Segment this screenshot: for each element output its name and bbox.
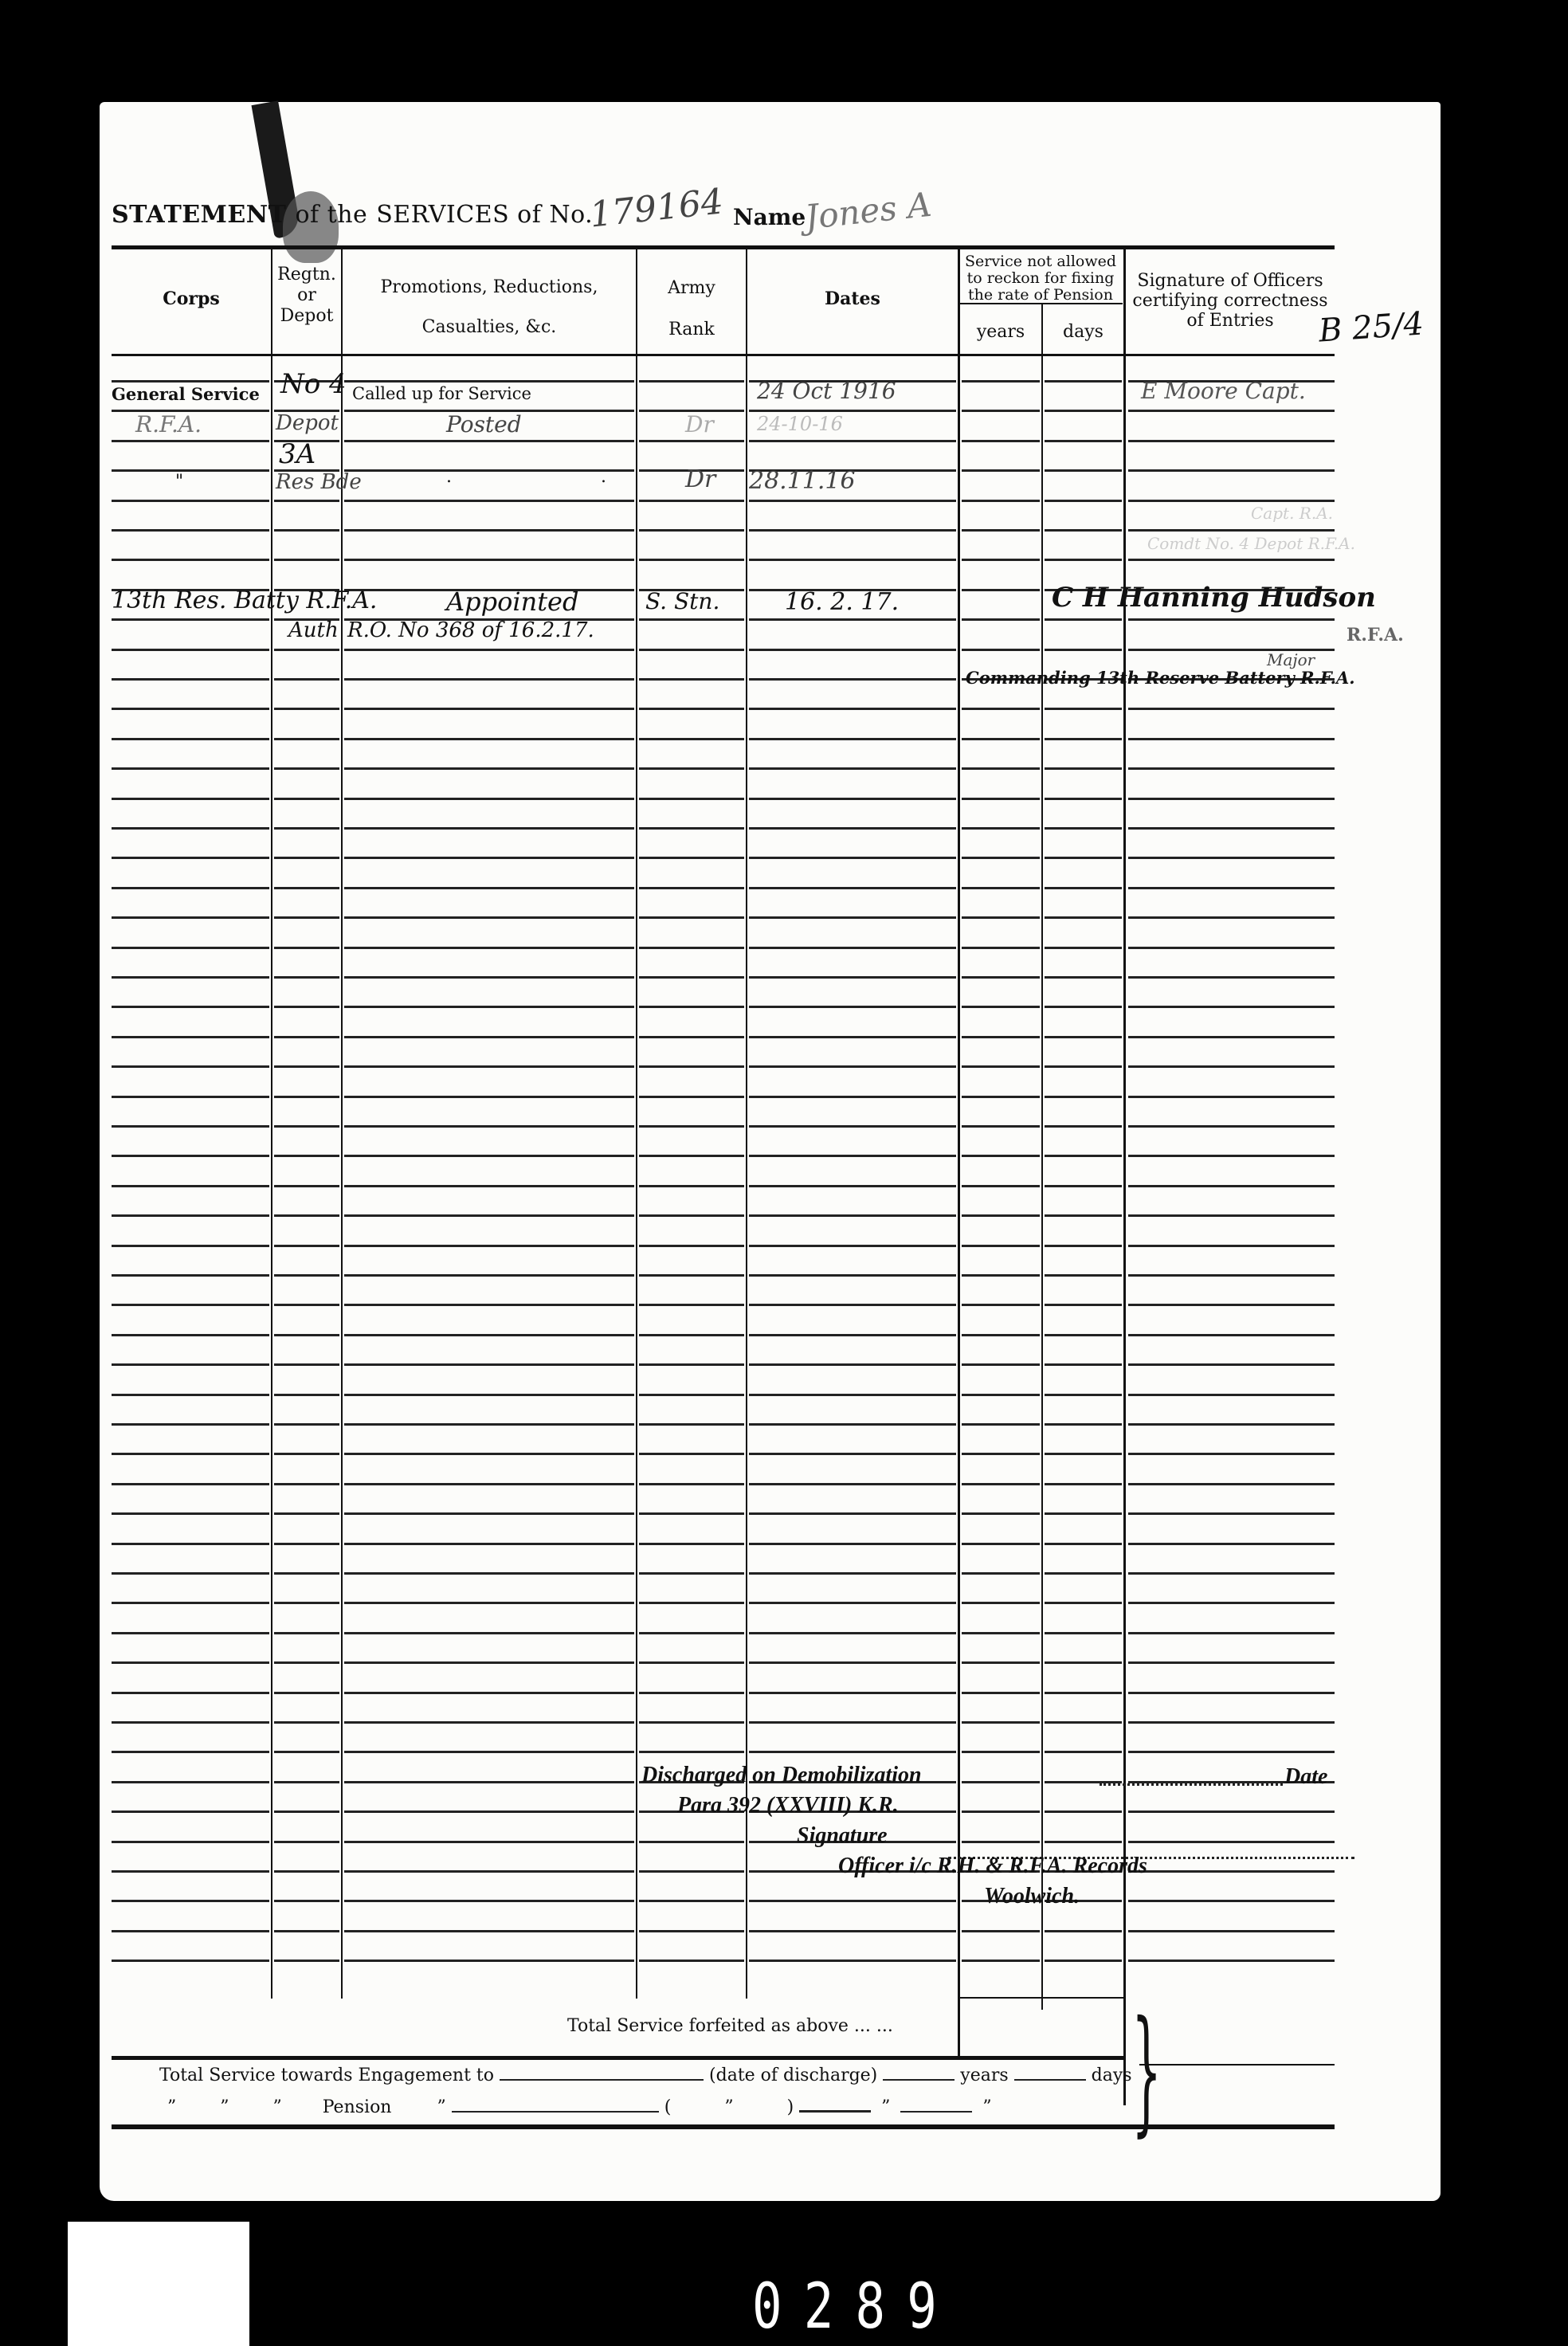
row-rule bbox=[962, 410, 1040, 412]
row-rule bbox=[749, 1572, 956, 1575]
row-rule bbox=[749, 1453, 956, 1455]
pension-row: ” ” ” Pension ” ( ” ) ” ” bbox=[167, 2097, 992, 2117]
header-service-not-allowed: Service not allowed to reckon for fixing… bbox=[960, 253, 1121, 304]
row-rule bbox=[1045, 947, 1122, 949]
row-rule bbox=[749, 1602, 956, 1604]
row-rule bbox=[112, 1394, 269, 1396]
row-rule bbox=[274, 708, 339, 710]
row-rule bbox=[1045, 500, 1122, 502]
row-rule bbox=[274, 767, 339, 770]
row-rule bbox=[962, 440, 1040, 442]
engagement-row: Total Service towards Engagement to (dat… bbox=[159, 2065, 1132, 2085]
row-rule bbox=[1045, 618, 1122, 621]
row-rule bbox=[639, 559, 744, 561]
engagement-days-field bbox=[1014, 2079, 1086, 2081]
row-rule bbox=[1128, 976, 1335, 979]
row-rule bbox=[639, 1096, 744, 1098]
row-rule bbox=[962, 618, 1040, 621]
row-rule bbox=[344, 1214, 634, 1217]
row-rule bbox=[112, 1423, 269, 1426]
row-rule bbox=[274, 1483, 339, 1485]
col-divider-years bbox=[1041, 304, 1043, 2010]
row-rule bbox=[639, 649, 744, 651]
row-rule bbox=[749, 1214, 956, 1217]
row-rule bbox=[1128, 857, 1335, 859]
row-rule bbox=[962, 798, 1040, 800]
row-rule bbox=[1045, 1423, 1122, 1426]
row-rule bbox=[962, 1692, 1040, 1694]
row-rule bbox=[1128, 1810, 1335, 1813]
row-rule bbox=[274, 559, 339, 561]
row-rule bbox=[749, 1125, 956, 1128]
row-rule bbox=[274, 1870, 339, 1873]
row-rule bbox=[1128, 1930, 1335, 1932]
row-rule bbox=[344, 1483, 634, 1485]
row-rule bbox=[344, 500, 634, 502]
row-rule bbox=[112, 1304, 269, 1306]
row-rule bbox=[749, 1185, 956, 1187]
row-rule bbox=[962, 1632, 1040, 1634]
row-rule bbox=[749, 798, 956, 800]
row-rule bbox=[1045, 1096, 1122, 1098]
row-rule bbox=[344, 1841, 634, 1843]
row-rule bbox=[112, 1602, 269, 1604]
row-rule bbox=[112, 1781, 269, 1783]
row-6-signature: Comdt No. 4 Depot R.F.A. bbox=[1147, 534, 1355, 553]
row-rule bbox=[112, 1900, 269, 1902]
col-divider-promotions bbox=[636, 249, 637, 1999]
row-rule bbox=[1045, 1453, 1122, 1455]
row-rule bbox=[274, 1214, 339, 1217]
row-rule bbox=[344, 1096, 634, 1098]
row-rule bbox=[1128, 1363, 1335, 1366]
row-rule bbox=[639, 1602, 744, 1604]
row-rule bbox=[962, 1841, 1040, 1843]
row-rule bbox=[344, 1810, 634, 1813]
row-rule bbox=[274, 798, 339, 800]
row-rule bbox=[112, 857, 269, 859]
commanding-stamp: Commanding 13th Reserve Battery R.F.A. bbox=[966, 668, 1355, 688]
row-rule bbox=[112, 1841, 269, 1843]
row-rule bbox=[1045, 1692, 1122, 1694]
row-rule bbox=[274, 1841, 339, 1843]
row-rule bbox=[639, 1543, 744, 1545]
discharge-stamp-line5: Woolwich. bbox=[984, 1884, 1080, 1909]
row-rule bbox=[344, 1870, 634, 1873]
row-1-date: 24 Oct 1916 bbox=[757, 378, 896, 404]
row-rule bbox=[962, 1512, 1040, 1515]
row-rule bbox=[1045, 708, 1122, 710]
row-rule bbox=[749, 947, 956, 949]
row-rule bbox=[962, 1751, 1040, 1753]
row-rule bbox=[1045, 1155, 1122, 1157]
row-rule bbox=[639, 1960, 744, 1962]
row-rule bbox=[1045, 1543, 1122, 1545]
row-rule bbox=[112, 1334, 269, 1336]
row-rule bbox=[344, 798, 634, 800]
row-rule bbox=[962, 887, 1040, 889]
row-7-date: 16. 2. 17. bbox=[785, 588, 899, 616]
row-rule bbox=[274, 1394, 339, 1396]
row-rule bbox=[274, 529, 339, 532]
row-rule bbox=[274, 1036, 339, 1038]
row-4-corps: " bbox=[175, 472, 183, 492]
row-rule bbox=[962, 1065, 1040, 1068]
row-rule bbox=[1045, 1304, 1122, 1306]
row-rule bbox=[344, 1006, 634, 1008]
row-rule bbox=[962, 1930, 1040, 1932]
row-rule bbox=[1128, 1900, 1335, 1902]
row-rule bbox=[344, 1751, 634, 1753]
row-rule bbox=[639, 738, 744, 740]
row-rule bbox=[749, 1423, 956, 1426]
footer-mid-rule bbox=[112, 2056, 1123, 2060]
row-rule bbox=[749, 887, 956, 889]
row-rule bbox=[1128, 1602, 1335, 1604]
row-rule bbox=[962, 1960, 1040, 1962]
row-rule bbox=[749, 1245, 956, 1247]
row-rule bbox=[1128, 1960, 1335, 1962]
row-rule bbox=[344, 767, 634, 770]
name-label: Name bbox=[733, 204, 806, 230]
row-rule bbox=[1045, 1810, 1122, 1813]
row-rule bbox=[274, 887, 339, 889]
col-divider-regt bbox=[341, 249, 343, 1999]
col-divider-corps bbox=[271, 249, 272, 1999]
row-rule bbox=[112, 1572, 269, 1575]
row-rule bbox=[749, 1155, 956, 1157]
row-7-corps: 13th Res. Batty R.F.A. bbox=[112, 586, 377, 614]
pension-years-field bbox=[799, 2110, 871, 2113]
row-rule bbox=[962, 1155, 1040, 1157]
row-rule bbox=[639, 976, 744, 979]
header-corps: Corps bbox=[112, 288, 271, 309]
row-rule bbox=[962, 1036, 1040, 1038]
row-rule bbox=[274, 649, 339, 651]
row-rule bbox=[112, 708, 269, 710]
row-rule bbox=[749, 738, 956, 740]
row-rule bbox=[274, 1930, 339, 1932]
discharge-date-label: Date bbox=[1284, 1764, 1327, 1790]
row-rule bbox=[344, 1721, 634, 1724]
row-1-signature: E Moore Capt. bbox=[1141, 378, 1306, 404]
discharge-date-dotted-line bbox=[1100, 1783, 1283, 1786]
row-rule bbox=[112, 887, 269, 889]
row-rule bbox=[112, 1930, 269, 1932]
row-rule bbox=[639, 1661, 744, 1664]
row-rule bbox=[274, 1512, 339, 1515]
row-rule bbox=[112, 529, 269, 532]
row-rule bbox=[962, 529, 1040, 532]
row-rule bbox=[749, 1274, 956, 1277]
footer-bottom-rule bbox=[112, 2124, 1335, 2129]
row-rule bbox=[1128, 1125, 1335, 1128]
row-1-promotion: Called up for Service bbox=[352, 384, 531, 403]
row-rule bbox=[1128, 529, 1335, 532]
row-rule bbox=[1045, 440, 1122, 442]
row-rule bbox=[749, 1751, 956, 1753]
row-rule bbox=[1045, 887, 1122, 889]
row-rule bbox=[344, 1363, 634, 1366]
row-rule bbox=[112, 1155, 269, 1157]
row-rule bbox=[1128, 1394, 1335, 1396]
row-rule bbox=[274, 1692, 339, 1694]
row-rule bbox=[344, 1334, 634, 1336]
row-rule bbox=[749, 1334, 956, 1336]
row-rule bbox=[274, 1334, 339, 1336]
row-rule bbox=[749, 1036, 956, 1038]
row-rule bbox=[1045, 916, 1122, 919]
row-rule bbox=[639, 798, 744, 800]
engagement-date-field bbox=[500, 2079, 704, 2081]
row-rule bbox=[749, 827, 956, 830]
row-rule bbox=[749, 1483, 956, 1485]
header-regt: Regtn. or Depot bbox=[272, 265, 341, 327]
row-rule bbox=[344, 1065, 634, 1068]
row-rule bbox=[962, 1602, 1040, 1604]
row-rule bbox=[749, 1065, 956, 1068]
row-rule bbox=[112, 1810, 269, 1813]
row-rule bbox=[749, 1363, 956, 1366]
row-rule bbox=[639, 1006, 744, 1008]
row-rule bbox=[112, 500, 269, 502]
row-rule bbox=[749, 1721, 956, 1724]
row-rule bbox=[1128, 916, 1335, 919]
row-rule bbox=[639, 1841, 744, 1843]
row-rule bbox=[962, 1245, 1040, 1247]
row-rule bbox=[749, 410, 956, 412]
row-rule bbox=[1045, 1661, 1122, 1664]
row-rule bbox=[1045, 1960, 1122, 1962]
row-rule bbox=[344, 1423, 634, 1426]
row-1-corps: General Service bbox=[112, 384, 260, 404]
row-rule bbox=[274, 1572, 339, 1575]
row-rule bbox=[1128, 500, 1335, 502]
row-rule bbox=[274, 738, 339, 740]
row-7-rank: S. Stn. bbox=[645, 588, 719, 614]
row-rule bbox=[639, 529, 744, 532]
row-rule bbox=[112, 1751, 269, 1753]
row-rule bbox=[962, 1096, 1040, 1098]
row-rule bbox=[749, 1632, 956, 1634]
row-rule bbox=[749, 976, 956, 979]
row-rule bbox=[1045, 1185, 1122, 1187]
row-rule bbox=[962, 1423, 1040, 1426]
row-rule bbox=[639, 1214, 744, 1217]
row-rule bbox=[639, 1453, 744, 1455]
row-rule bbox=[1045, 1334, 1122, 1336]
row-rule bbox=[749, 678, 956, 681]
row-rule bbox=[639, 618, 744, 621]
row-rule bbox=[1128, 887, 1335, 889]
row-rule bbox=[639, 1394, 744, 1396]
row-rule bbox=[1128, 1423, 1335, 1426]
row-8-promotion: R.O. No 368 of 16.2.17. bbox=[347, 618, 594, 642]
row-rule bbox=[274, 1543, 339, 1545]
row-rule bbox=[274, 976, 339, 979]
row-rule bbox=[1128, 1245, 1335, 1247]
row-rule bbox=[962, 1006, 1040, 1008]
row-rule bbox=[1045, 1721, 1122, 1724]
row-rule bbox=[1045, 827, 1122, 830]
row-rule bbox=[274, 1751, 339, 1753]
row-rule bbox=[344, 708, 634, 710]
row-rule bbox=[1128, 469, 1335, 472]
row-rule bbox=[749, 1304, 956, 1306]
row-rule bbox=[1045, 1930, 1122, 1932]
row-rule bbox=[639, 1245, 744, 1247]
row-rule bbox=[1045, 857, 1122, 859]
row-rule bbox=[1128, 410, 1335, 412]
row-8-signature: R.F.A. bbox=[1347, 625, 1404, 645]
row-rule bbox=[112, 798, 269, 800]
row-rule bbox=[1128, 1543, 1335, 1545]
row-rule bbox=[112, 916, 269, 919]
row-rule bbox=[112, 1721, 269, 1724]
row-rule bbox=[112, 1096, 269, 1098]
row-rule bbox=[639, 708, 744, 710]
header-bottom-rule bbox=[112, 354, 1335, 356]
header-dates: Dates bbox=[747, 288, 958, 309]
row-rule bbox=[1045, 1602, 1122, 1604]
row-rule bbox=[1045, 410, 1122, 412]
header-days: days bbox=[1043, 322, 1123, 343]
row-rule bbox=[1045, 380, 1122, 382]
row-rule bbox=[962, 1483, 1040, 1485]
row-rule bbox=[1045, 976, 1122, 979]
row-rule bbox=[1128, 440, 1335, 442]
row-rule bbox=[749, 708, 956, 710]
row-rule bbox=[1128, 947, 1335, 949]
row-rule bbox=[344, 1453, 634, 1455]
row-rule bbox=[639, 947, 744, 949]
row-rule bbox=[344, 1632, 634, 1634]
row-rule bbox=[112, 1483, 269, 1485]
row-rule bbox=[962, 1304, 1040, 1306]
row-rule bbox=[749, 500, 956, 502]
row-rule bbox=[749, 618, 956, 621]
row-8-regt: Auth bbox=[288, 618, 339, 642]
row-rule bbox=[962, 1661, 1040, 1664]
row-rule bbox=[344, 916, 634, 919]
pension-days-field bbox=[900, 2111, 972, 2113]
row-rule bbox=[639, 380, 744, 382]
row-rule bbox=[112, 678, 269, 681]
row-rule bbox=[112, 738, 269, 740]
row-rule bbox=[962, 1721, 1040, 1724]
row-rule bbox=[1045, 798, 1122, 800]
row-rule bbox=[1128, 1870, 1335, 1873]
row-rule bbox=[1128, 1065, 1335, 1068]
row-rule bbox=[1128, 1185, 1335, 1187]
row-rule bbox=[749, 1543, 956, 1545]
row-rule bbox=[344, 440, 634, 442]
row-rule bbox=[639, 1483, 744, 1485]
row-4-regt: Res Bde bbox=[276, 470, 362, 494]
row-rule bbox=[112, 1960, 269, 1962]
row-rule bbox=[112, 1543, 269, 1545]
forfeited-subtotal-rule bbox=[959, 1997, 1123, 1999]
row-rule bbox=[1128, 708, 1335, 710]
row-rule bbox=[1045, 1245, 1122, 1247]
row-rule bbox=[344, 1960, 634, 1962]
row-rule bbox=[344, 857, 634, 859]
col-divider-signature bbox=[1123, 249, 1126, 2105]
row-rule bbox=[112, 1214, 269, 1217]
row-rule bbox=[1128, 559, 1335, 561]
row-rule bbox=[639, 1900, 744, 1902]
row-rule bbox=[344, 380, 634, 382]
row-rule bbox=[749, 1930, 956, 1932]
row-rule bbox=[1045, 1274, 1122, 1277]
row-rule bbox=[274, 1125, 339, 1128]
row-rule bbox=[962, 1453, 1040, 1455]
row-rule bbox=[112, 1006, 269, 1008]
row-rule bbox=[112, 1065, 269, 1068]
row-rule bbox=[274, 1006, 339, 1008]
row-rule bbox=[344, 947, 634, 949]
margin-note: B 25/4 bbox=[1318, 305, 1425, 349]
row-1-regt: No 4 bbox=[280, 368, 347, 400]
row-2-rank: Dr bbox=[685, 411, 714, 437]
row-rule bbox=[639, 1304, 744, 1306]
row-rule bbox=[962, 469, 1040, 472]
row-rule bbox=[274, 827, 339, 830]
row-rule bbox=[1128, 1751, 1335, 1753]
row-rule bbox=[639, 1512, 744, 1515]
row-rule bbox=[639, 887, 744, 889]
row-rule bbox=[1128, 1155, 1335, 1157]
row-rule bbox=[749, 1661, 956, 1664]
header-rank: Army Rank bbox=[637, 268, 746, 351]
row-rule bbox=[274, 1423, 339, 1426]
row-rule bbox=[1045, 767, 1122, 770]
row-rule bbox=[639, 1363, 744, 1366]
row-rule bbox=[274, 1661, 339, 1664]
row-rule bbox=[112, 827, 269, 830]
row-rule bbox=[962, 916, 1040, 919]
row-2-date: 24-10-16 bbox=[757, 413, 843, 435]
row-rule bbox=[112, 1245, 269, 1247]
row-rule bbox=[1128, 1841, 1335, 1843]
row-rule bbox=[962, 1363, 1040, 1366]
row-rule bbox=[639, 1692, 744, 1694]
row-rule bbox=[344, 1661, 634, 1664]
row-rule bbox=[274, 1632, 339, 1634]
row-rule bbox=[1045, 1036, 1122, 1038]
row-rule bbox=[962, 857, 1040, 859]
row-rule bbox=[962, 1543, 1040, 1545]
row-7-promotion: Appointed bbox=[446, 586, 578, 617]
row-rule bbox=[274, 857, 339, 859]
document-title: STATEMENT of the SERVICES of No. bbox=[112, 201, 593, 229]
row-rule bbox=[344, 1036, 634, 1038]
row-rule bbox=[344, 678, 634, 681]
row-rule bbox=[344, 1185, 634, 1187]
row-rule bbox=[112, 767, 269, 770]
row-rule bbox=[1045, 529, 1122, 532]
row-rule bbox=[112, 1274, 269, 1277]
row-rule bbox=[962, 976, 1040, 979]
row-rule bbox=[1128, 1512, 1335, 1515]
row-rule bbox=[344, 1394, 634, 1396]
row-rule bbox=[962, 767, 1040, 770]
row-rule bbox=[639, 440, 744, 442]
row-rule bbox=[344, 1930, 634, 1932]
row-rule bbox=[344, 1155, 634, 1157]
row-rule bbox=[962, 738, 1040, 740]
row-4-promotion: . . bbox=[446, 467, 678, 487]
